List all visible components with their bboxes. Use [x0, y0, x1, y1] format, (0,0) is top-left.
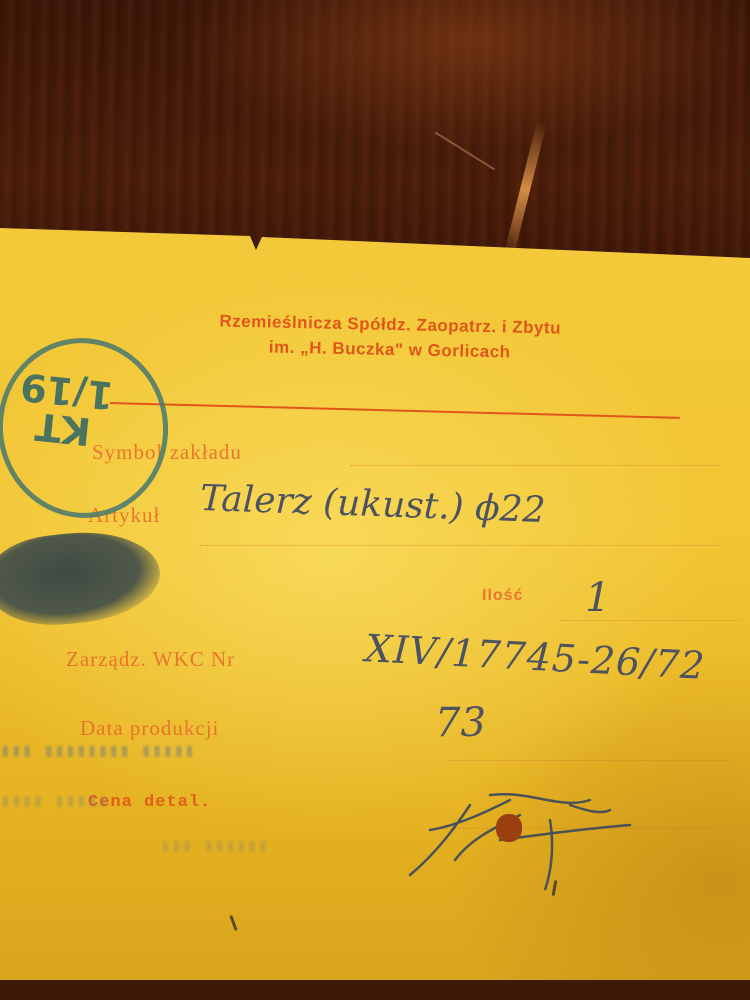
stamp-text: KT 1/19 [1, 366, 128, 454]
label-ilosc: Ilość [482, 587, 523, 605]
handwritten-ilosc: 1 [585, 575, 610, 621]
label-data-produkcji: Data produkcji [80, 716, 219, 741]
faded-carbon-text: ▮▮▮ ▮▮▮▮▮▮ [160, 835, 268, 857]
dotted-line [200, 545, 720, 546]
faded-carbon-text: ▮▮▮ ▮▮▮▮▮▮▮▮ ▮▮▮▮▮ [0, 740, 195, 762]
label-zarzadz-wkc: Zarządz. WKC Nr [66, 647, 235, 672]
table-edge [0, 980, 750, 1000]
red-wax-dot [496, 814, 522, 842]
faded-carbon-text: ▮▮▮▮ ▮▮▮▮▮ [0, 790, 108, 812]
dotted-line [450, 760, 730, 761]
handwritten-data-produkcji: 73 [435, 700, 486, 746]
dotted-line [350, 465, 720, 466]
signature [400, 780, 660, 890]
